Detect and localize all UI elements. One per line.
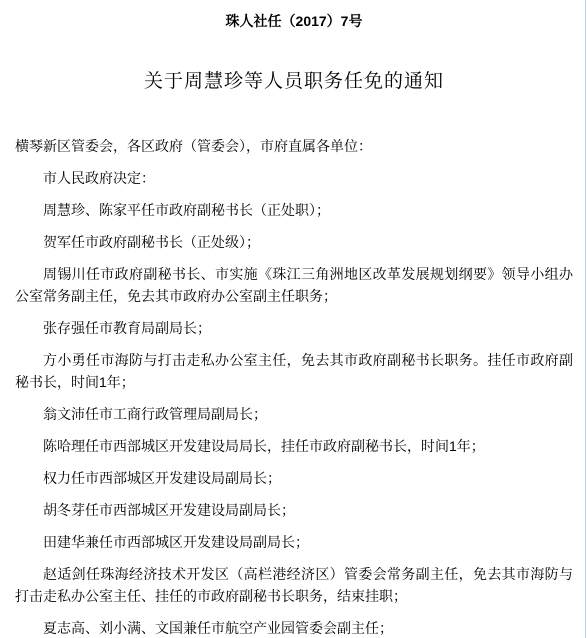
paragraph-appointment: 权力任市西部城区开发建设局副局长； <box>15 467 573 489</box>
paragraph-appointment: 周慧珍、陈家平任市政府副秘书长（正处职）； <box>15 199 573 221</box>
paragraph-decision: 市人民政府决定： <box>15 167 573 189</box>
paragraph-appointment: 方小勇任市海防与打击走私办公室主任，免去其市政府副秘书长职务。挂任市政府副秘书长… <box>15 349 573 393</box>
paragraph-appointment: 周锡川任市政府副秘书长、市实施《珠江三角洲地区改革发展规划纲要》领导小组办公室常… <box>15 263 573 307</box>
right-border-rule <box>585 0 586 638</box>
paragraph-appointment: 陈哈理任市西部城区开发建设局局长，挂任市政府副秘书长，时间1年； <box>15 435 573 457</box>
paragraph-appointment: 翁文沛任市工商行政管理局副局长； <box>15 403 573 425</box>
paragraph-appointment: 赵适剑任珠海经济技术开发区（高栏港经济区）管委会常务副主任，免去其市海防与打击走… <box>15 563 573 607</box>
doc-title: 关于周慧珍等人员职务任免的通知 <box>0 70 588 94</box>
document-page: 珠人社任（2017）7号 关于周慧珍等人员职务任免的通知 横琴新区管委会，各区政… <box>0 0 588 638</box>
paragraph-appointment: 贺军任市政府副秘书长（正处级）； <box>15 231 573 253</box>
paragraph-appointment: 张存强任市教育局副局长； <box>15 317 573 339</box>
paragraph-appointment: 夏志高、刘小满、文国兼任市航空产业园管委会副主任； <box>15 617 573 638</box>
paragraph-appointment: 田建华兼任市西部城区开发建设局副局长； <box>15 531 573 553</box>
paragraph-appointment: 胡冬芽任市西部城区开发建设局副局长； <box>15 499 573 521</box>
doc-number: 珠人社任（2017）7号 <box>0 13 588 30</box>
doc-body: 横琴新区管委会，各区政府（管委会），市府直属各单位： 市人民政府决定： 周慧珍、… <box>0 135 588 638</box>
salutation: 横琴新区管委会，各区政府（管委会），市府直属各单位： <box>15 135 573 157</box>
